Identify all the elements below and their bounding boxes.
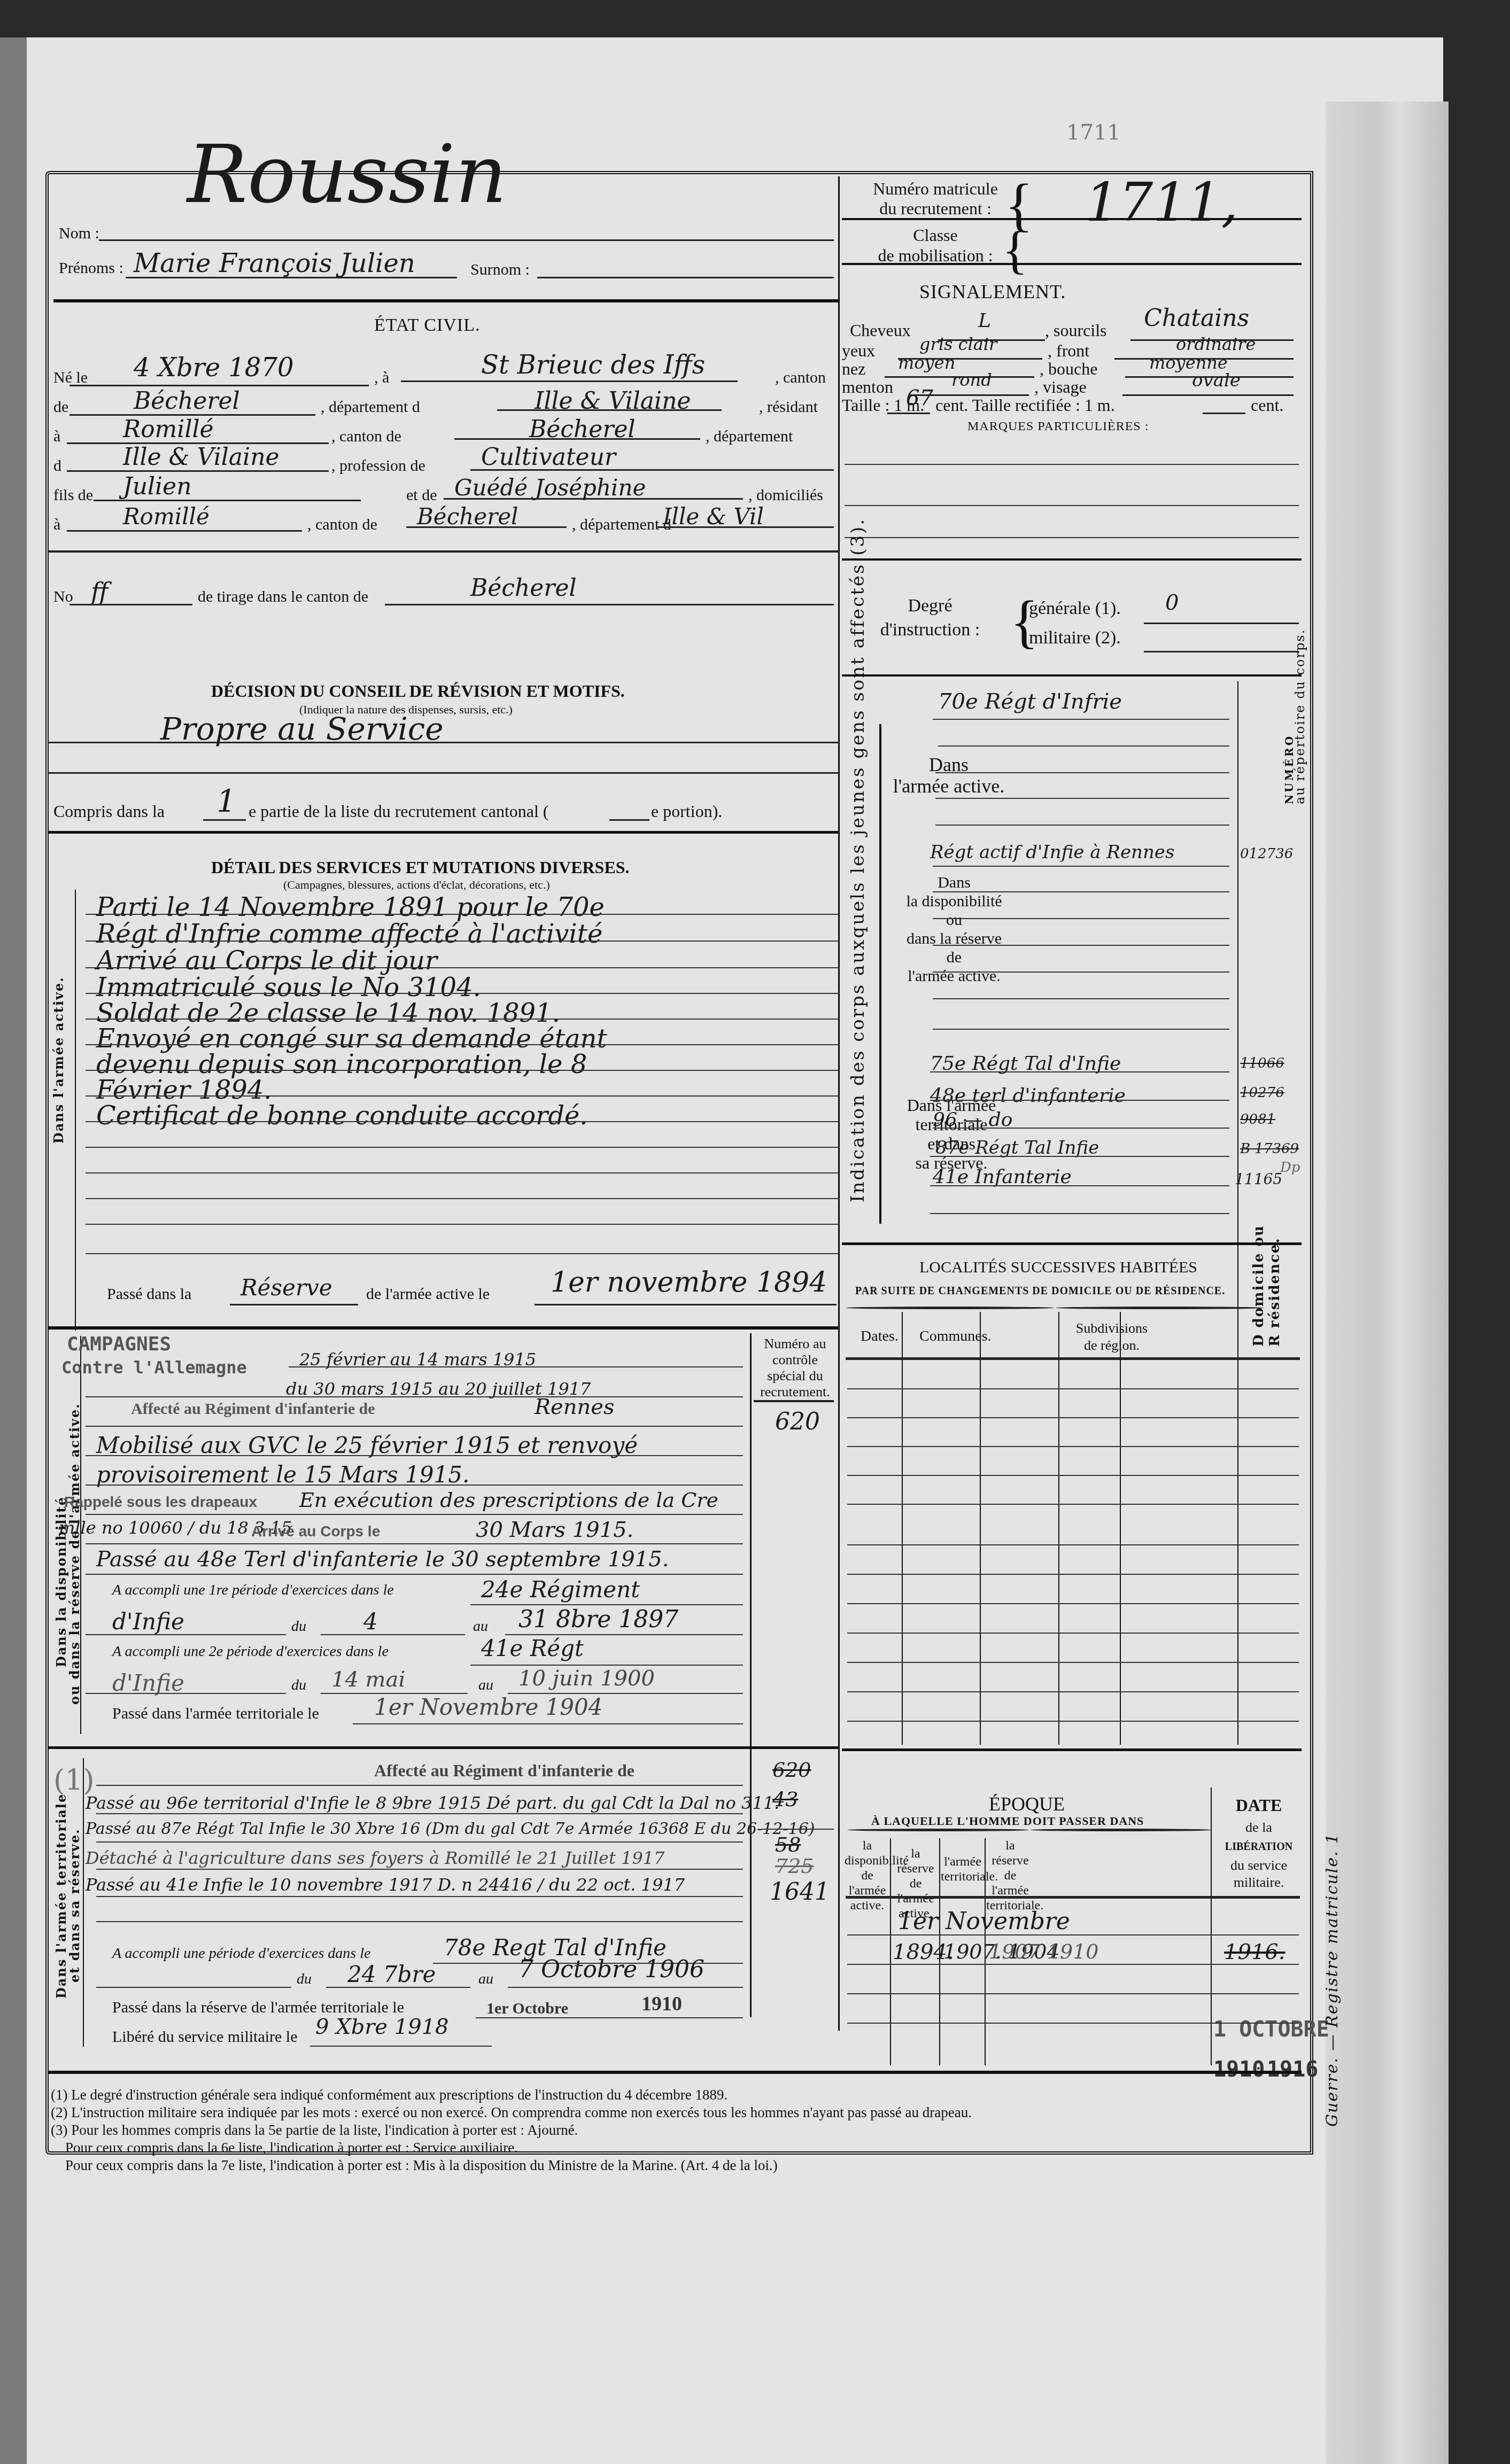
passe-reserve-label-1: Passé dans la (107, 1285, 191, 1303)
corps-side-label: Indication des corps auxquels les jeunes… (847, 518, 869, 1202)
localites-line (847, 1446, 1299, 1447)
localites-line (847, 1544, 1299, 1545)
corps-terr-line (930, 1071, 1229, 1072)
signalement-rule (842, 558, 1302, 561)
footnote-1: (1) Le degré d'instruction générale sera… (51, 2087, 727, 2103)
periode1-value: 24e Régiment (481, 1576, 640, 1603)
territoriale-line (476, 2017, 743, 2018)
terr-reserve-value-2: 1910 (641, 1992, 682, 2016)
militaire-line (1144, 651, 1299, 652)
corps-dispo-label-5: de (882, 949, 1026, 967)
disponibilite-line (86, 1514, 743, 1515)
disponibilite-line (289, 1366, 743, 1367)
compris-label-2: e partie de la liste du recrutement cant… (249, 802, 549, 821)
territoriale-rule (48, 2071, 1302, 2074)
territoriale-stamp-affecte: Affecté au Régiment d'infanterie de (374, 1761, 634, 1781)
header-rule (53, 299, 839, 302)
tirage-label: de tirage dans le canton de (198, 588, 368, 606)
et-de-line (444, 498, 743, 500)
numero-controle-value: 620 (775, 1408, 820, 1435)
matricule-label-2: du recrutement : (855, 199, 1016, 219)
localites-header-rule (846, 1357, 1300, 1360)
territoriale-number-1: 620 (772, 1758, 811, 1782)
stamp-campagnes: CAMPAGNES (67, 1333, 171, 1355)
nez-label: nez (842, 359, 865, 379)
numero-controle-label: Numéro au contrôle spécial du recrutemen… (754, 1336, 837, 1400)
a2-value: Romillé (123, 416, 214, 443)
territoriale-number-4: 725 (775, 1854, 814, 1878)
territoriale-margin-line (83, 1758, 84, 2047)
departement3-line (657, 526, 834, 528)
nez-value: moyen (898, 353, 955, 373)
front-label: , front (1048, 341, 1089, 361)
disponibilite-line (353, 1723, 743, 1724)
d-label: d (53, 457, 61, 475)
page-edges (1326, 102, 1449, 2464)
d-value: Ille & Vilaine (123, 444, 280, 471)
prenoms-label: Prénoms : (59, 259, 123, 277)
disponibilite-rule (48, 1746, 839, 1749)
decision-line (48, 742, 839, 743)
epoque-reserve-territoriale-value: 1907 1910 (989, 1940, 1099, 1963)
etat-civil-rule (48, 550, 839, 553)
epoque-col-divider (1211, 1787, 1212, 2065)
corps-dispo-line (933, 918, 1229, 919)
column-divider (838, 176, 840, 2031)
territoriale-line-4: Passé au 41e Infie le 10 novembre 1917 D… (86, 1875, 685, 1895)
services-line (86, 1198, 839, 1199)
a2-label: à (53, 427, 60, 446)
cheveux-label: Cheveux (850, 321, 911, 340)
passe-terr-value: 1er Novembre 1904 (374, 1694, 603, 1720)
front-value: ordinaire (1176, 334, 1256, 354)
nom-label: Nom : (59, 224, 99, 243)
localites-line (847, 1475, 1299, 1476)
a-label: , à (374, 369, 389, 387)
arrive-value: 30 Mars 1915. (476, 1518, 633, 1542)
prenoms-value: Marie François Julien (134, 248, 415, 278)
services-line (86, 1121, 839, 1122)
taille-rectifiee-line (1203, 413, 1245, 414)
compris-value: 1 (216, 783, 236, 819)
epoque-title: ÉPOQUE (989, 1793, 1065, 1815)
classe-rule (842, 263, 1302, 265)
disponibilite-line (321, 1634, 465, 1635)
territoriale-line (96, 1987, 291, 1988)
services-line-9: Certificat de bonne conduite accordé. (96, 1101, 588, 1131)
epoque-col-reserve-territoriale: la réserve de l'armée territoriale. (986, 1838, 1034, 1913)
cheveux-value: L (978, 310, 991, 332)
canton3-line (406, 526, 567, 528)
periode2-value: 41e Régt (481, 1635, 584, 1661)
services-side-label: Dans l'armée active. (51, 976, 66, 1144)
localites-col-divider (980, 1312, 981, 1745)
corps-active-line (935, 825, 1229, 826)
services-line (86, 1253, 839, 1254)
canton2-label: , canton de (331, 427, 401, 446)
stamp-contre: Contre l'Allemagne (61, 1357, 247, 1378)
localites-line (847, 1504, 1299, 1505)
localites-side-col-1: D domicile ou (1251, 1225, 1267, 1347)
passe-reserve-label-2: de l'armée active le (366, 1285, 490, 1303)
services-line-2: Régt d'Infrie comme affecté à l'activité (96, 919, 602, 949)
numero-col-divider (750, 1333, 752, 2017)
compris-line (203, 819, 246, 821)
a3-value: Romillé (123, 503, 210, 530)
localites-col-divider (1120, 1312, 1121, 1745)
libere-value: 9 Xbre 1918 (315, 2015, 449, 2039)
corps-terr-row-2: 48e terl d'infanterie (930, 1085, 1126, 1107)
periode2-au: 10 juin 1900 (518, 1666, 655, 1691)
rappele-value: En exécution des prescriptions de la Cre (299, 1488, 718, 1512)
localites-brace-right (1056, 1307, 1264, 1309)
portion-line (609, 819, 649, 821)
corps-dispo-line (933, 1029, 1229, 1030)
epoque-line (847, 2023, 1299, 2024)
corps-active-line (933, 719, 1229, 720)
instruction-label-2: d'instruction : (855, 620, 1005, 640)
bouche-label: , bouche (1040, 359, 1097, 379)
departement3-label: , département d (572, 516, 671, 534)
disponibilite-line (86, 1574, 743, 1575)
marques-line-2 (845, 505, 1299, 506)
et-de-value: Guédé Joséphine (454, 475, 646, 501)
localites-line (847, 1633, 1299, 1634)
date-sub-2: LIBÉRATION (1219, 1841, 1299, 1853)
tirage-value: Bécherel (470, 574, 577, 602)
periode1-label: A accompli une 1re période d'exercices d… (112, 1582, 394, 1599)
libere-label: Libéré du service militaire le (112, 2028, 298, 2046)
sourcils-value: Chatains (1144, 305, 1249, 332)
taille-line (887, 413, 930, 414)
corps-terr-line (930, 1100, 1229, 1101)
corps-terr-row-4: 87e Régt Tal Infie (935, 1137, 1099, 1159)
departement2-label: , département (706, 427, 793, 446)
corps-bracket (879, 724, 881, 1224)
services-line (86, 1019, 839, 1020)
taille-value: 67 (906, 386, 933, 410)
territoriale-line (96, 1785, 743, 1786)
taille-cent: cent. Taille rectifiée : 1 m. (935, 395, 1115, 415)
territoriale-line-1: Passé au 96e territorial d'Infie le 8 9b… (86, 1793, 779, 1813)
stamp-1916: 1916 (1267, 2057, 1318, 2082)
periode2-unit: d'Infie (112, 1670, 184, 1696)
periode1-au: 31 8bre 1897 (518, 1606, 678, 1633)
profession-value: Cultivateur (481, 444, 616, 471)
generale-label: générale (1). (1029, 598, 1121, 619)
corps-terr-row-5: 41e Infanterie (933, 1166, 1072, 1188)
terr-periode-au: 7 Octobre 1906 (518, 1956, 704, 1983)
disponibilite-line (470, 1665, 743, 1666)
localites-col-divider (1237, 1256, 1238, 1745)
menton-label: menton (842, 377, 893, 397)
departement3-value: Ille & Vil (663, 503, 764, 530)
fils-de-value: Julien (123, 473, 192, 500)
corps-terr-num-3: 9081 (1240, 1111, 1275, 1128)
brace: { (1002, 219, 1028, 281)
corps-active-line (935, 772, 1229, 773)
services-line (86, 1147, 839, 1148)
disponibilite-line (86, 1396, 743, 1397)
yeux-value: gris clair (919, 334, 997, 354)
taille-cent2: cent. (1251, 395, 1283, 415)
terr-periode-au-label: au (478, 1971, 493, 1988)
periode1-du: 4 (363, 1608, 378, 1635)
residant-label: , résidant (759, 398, 818, 416)
services-line-3: Arrivé au Corps le dit jour (96, 946, 437, 976)
services-line (86, 967, 839, 968)
stamp-octobre: 1 OCTOBRE (1213, 2017, 1329, 2042)
periode2-label: A accompli une 2e période d'exercices da… (112, 1643, 389, 1660)
localites-line (847, 1721, 1299, 1722)
terr-reserve-value-1: 1er Octobre (486, 2000, 568, 2018)
disponibilite-line (86, 1426, 743, 1427)
passe-48: Passé au 48e Terl d'infanterie le 30 sep… (96, 1547, 669, 1572)
passe-reserve-line-1 (230, 1304, 358, 1305)
matricule-value: 1711, (1085, 171, 1238, 234)
stamp-arrive: Arrivé au Corps le (251, 1523, 380, 1540)
corps-terr-line (930, 1156, 1229, 1157)
marques-line-1 (845, 464, 1299, 465)
corps-dispo-line (933, 945, 1229, 946)
matricule-label-1: Numéro matricule (855, 179, 1016, 199)
territoriale-line (326, 1987, 470, 1988)
localites-line (847, 1388, 1299, 1389)
periode1-unit: d'Infie (112, 1608, 184, 1635)
corps-dispo-label-6: l'armée active. (882, 967, 1026, 985)
canton-label: , canton (775, 369, 826, 387)
services-line (86, 1095, 839, 1097)
corps-dispo-line (933, 998, 1229, 999)
stamp-affecte: Affecté au Régiment d'infanterie de (131, 1400, 375, 1418)
corps-numero-label-2: au répertoire du corps. (1292, 629, 1307, 804)
date-title: DATE (1219, 1795, 1299, 1815)
services-line (86, 940, 839, 942)
ne-le-label: Né le (53, 369, 88, 387)
localites-subtitle: PAR SUITE DE CHANGEMENTS DE DOMICILE OU … (855, 1285, 1225, 1297)
instruction-rule (842, 674, 1302, 677)
localites-col-divider (902, 1312, 903, 1745)
decision-line (48, 772, 839, 774)
matricule-rule (842, 218, 1302, 220)
periode2-au-label: au (478, 1677, 493, 1694)
services-line (86, 993, 839, 994)
periode2-du-label: du (291, 1677, 306, 1694)
signalement-title: SIGNALEMENT. (919, 281, 1066, 303)
corps-dispo-label-3: ou (882, 911, 1026, 929)
prenoms-line (126, 277, 457, 278)
visage-label: , visage (1034, 377, 1087, 397)
corps-dispo-value: Régt actif d'Infie à Rennes (930, 842, 1174, 863)
profession-line (470, 469, 834, 471)
corps-dispo-number: 012736 (1240, 846, 1293, 862)
periode1-du-label: du (291, 1618, 306, 1635)
corps-terr-num-1: 11066 (1240, 1055, 1284, 1071)
no-label: No (53, 588, 73, 606)
territoriale-line (96, 1896, 743, 1897)
marques-label: MARQUES PARTICULIÈRES : (967, 419, 1149, 434)
decision-rule (48, 831, 839, 834)
localites-line (847, 1574, 1299, 1575)
footnote-3: (3) Pour les hommes compris dans la 5e p… (51, 2122, 578, 2139)
territoriale-line (96, 1813, 743, 1814)
corps-terr-num-2: 10276 (1240, 1085, 1284, 1101)
corps-active-value: 70e Régt d'Infrie (938, 689, 1122, 714)
corps-dispo-line (933, 971, 1229, 973)
scan-background-top (0, 0, 1510, 37)
d-line (67, 470, 329, 472)
corps-active-line (935, 798, 1229, 799)
no-value: ff (91, 577, 109, 606)
corps-terr-margin-note: Dp (1280, 1160, 1300, 1176)
disponibilite-line (470, 1604, 743, 1605)
corps-terr-line (930, 1213, 1229, 1214)
territoriale-line (96, 1869, 743, 1870)
canton3-label: , canton de (307, 516, 377, 534)
epoque-line (847, 1934, 1299, 1936)
epoque-col-territoriale: l'armée territoriale. (941, 1854, 985, 1884)
passe-reserve-line-2 (535, 1304, 837, 1305)
corps-dispo-line (933, 891, 1229, 892)
disponibilite-line (86, 1693, 286, 1694)
territoriale-line-3: Détaché à l'agriculture dans ses foyers … (86, 1848, 664, 1868)
territoriale-line (96, 1841, 743, 1843)
disponibilite-line (86, 1484, 743, 1486)
services-margin-line (75, 890, 76, 1331)
epoque-subtitle: À LAQUELLE L'HOMME DOIT PASSER DANS (871, 1814, 1144, 1828)
departement-label: , département d (321, 398, 420, 416)
profession-label: , profession de (331, 457, 425, 475)
date-sub-1: de la (1219, 1820, 1299, 1836)
register-page: 1711 Roussin Nom : Prénoms : Marie Franç… (0, 0, 1443, 2464)
a3-line (67, 530, 302, 532)
corps-terr-line (930, 1185, 1229, 1186)
disponibilite-line-2: provisoirement le 15 Mars 1915. (96, 1462, 469, 1488)
right-margin-label: Guerre. — Registre matricule. 1 (1323, 1833, 1342, 2127)
disponibilite-line (86, 1634, 286, 1635)
departement-line (497, 409, 722, 411)
services-line (86, 914, 839, 915)
services-line (86, 1044, 839, 1045)
classe-label-1: Classe (855, 226, 1016, 245)
generale-line (1144, 623, 1299, 624)
nom-line (99, 239, 834, 241)
domicilies-label: , domiciliés (748, 486, 823, 504)
terr-periode-label: A accompli une période d'exercices dans … (112, 1945, 370, 1962)
corps-dispo-line (933, 866, 1229, 867)
footnote-4: Pour ceux compris dans la 6e liste, l'in… (65, 2140, 518, 2156)
ne-le-line (69, 385, 369, 386)
corps-numero-divider (1237, 681, 1238, 1307)
disponibilite-line-1: Mobilisé aux GVC le 25 février 1915 et r… (96, 1432, 638, 1458)
top-pencil-number: 1711 (1066, 120, 1121, 145)
territoriale-side-label-2: et dans sa réserve. (67, 1828, 82, 1983)
corps-dispo-label-1: Dans (882, 874, 1026, 892)
canton3-value: Bécherel (417, 503, 518, 530)
surnom-label: Surnom : (470, 261, 530, 279)
date-sub-3: du service militaire. (1219, 1857, 1299, 1891)
no-line (69, 604, 192, 605)
territoriale-line (96, 1921, 743, 1922)
footnote-5: Pour ceux compris dans la 7e liste, l'in… (65, 2157, 778, 2174)
a-value: St Brieuc des Iffs (481, 350, 705, 380)
ne-le-value: 4 Xbre 1870 (134, 353, 293, 383)
marques-line-3 (845, 537, 1299, 538)
stamp-rappele: Rappelé sous les drapeaux (64, 1494, 257, 1511)
a-line (401, 380, 738, 382)
etat-civil-title: ÉTAT CIVIL. (374, 315, 480, 336)
epoque-brace-right (1031, 1829, 1212, 1831)
localites-brace-left (846, 1307, 1054, 1309)
localites-col-subdivisions: Subdivisions de région. (1069, 1320, 1155, 1354)
localites-line (847, 1691, 1299, 1692)
periode2-du: 14 mai (331, 1667, 405, 1692)
periode1-au-label: au (473, 1618, 488, 1635)
disponibilite-line (86, 1455, 743, 1456)
territoriale-line (508, 1987, 743, 1988)
de-label: de (53, 398, 68, 416)
binding-shadow (0, 0, 27, 2464)
tirage-line (385, 604, 834, 605)
corps-dispo-label-2: la disponibilité (882, 892, 1026, 911)
yeux-label: yeux (842, 341, 875, 361)
territoriale-line-2: Passé au 87e Régt Tal Infie le 30 Xbre 1… (86, 1820, 815, 1838)
territoriale-margin-mark: (1) (53, 1763, 95, 1797)
services-title: DÉTAIL DES SERVICES ET MUTATIONS DIVERSE… (211, 858, 630, 877)
localites-line (847, 1603, 1299, 1604)
canton2-line (454, 438, 700, 440)
localites-col-dates: Dates. (861, 1328, 899, 1345)
corps-terr-num-4: B 17369 (1240, 1141, 1299, 1157)
territoriale-number-3: 58 (775, 1833, 801, 1856)
disponibilite-line (86, 1543, 743, 1544)
localites-col-divider (1058, 1312, 1059, 1745)
services-line (86, 1224, 839, 1225)
services-line (86, 1172, 839, 1173)
stamp-1910: 1910 (1213, 2057, 1265, 2082)
compris-label-3: e portion). (651, 802, 722, 821)
compris-label-1: Compris dans la (53, 802, 165, 821)
militaire-label: militaire (2). (1029, 628, 1121, 648)
passe-reserve-value-2: 1er novembre 1894 (551, 1266, 827, 1299)
nom-value: Roussin (187, 128, 507, 221)
services-line (86, 1070, 839, 1071)
et-de-label: et de (406, 486, 437, 504)
territoriale-number-2: 43 (772, 1787, 798, 1811)
footnote-2: (2) L'instruction militaire sera indiqué… (51, 2104, 972, 2121)
localites-line (847, 1662, 1299, 1663)
localites-line (847, 1417, 1299, 1418)
epoque-line (847, 1964, 1299, 1965)
numero-controle-rule (754, 1400, 834, 1402)
menton-value: rond (951, 370, 992, 390)
services-subtitle: (Campagnes, blessures, actions d'éclat, … (283, 878, 550, 892)
a3-label: à (53, 516, 60, 534)
epoque-brace-left (847, 1829, 1029, 1831)
terr-periode-du-label: du (297, 1971, 312, 1988)
epoque-col-disponibilite: la disponibilité de l'armée active. (845, 1838, 890, 1913)
territoriale-number-5: 1641 (770, 1878, 830, 1906)
services-line-1: Parti le 14 Novembre 1891 pour le 70e (96, 892, 605, 922)
services-rule (48, 1326, 839, 1330)
passe-terr-label: Passé dans l'armée territoriale le (112, 1705, 319, 1723)
territoriale-number-rule (762, 1829, 834, 1830)
affecte-value: Rennes (535, 1395, 615, 1419)
epoque-col-divider (890, 1838, 891, 2065)
corps-rule (842, 1242, 1302, 1245)
localites-col-communes: Communes. (919, 1328, 992, 1345)
epoque-header-rule (846, 1896, 1300, 1899)
